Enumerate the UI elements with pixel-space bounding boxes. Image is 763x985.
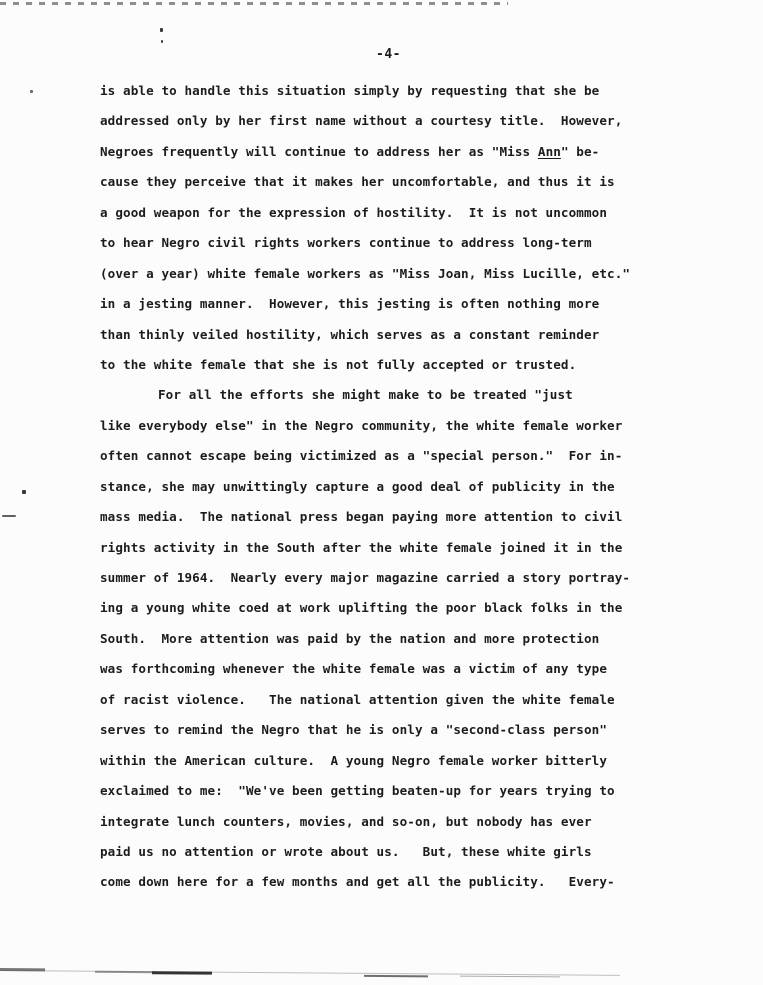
text-line: (over a year) white female workers as "M…	[100, 259, 660, 289]
text-segment: Negroes frequently will continue to addr…	[100, 144, 538, 159]
page-number: -4-	[376, 47, 401, 62]
ink-speck	[161, 40, 163, 43]
text-line: often cannot escape being victimized as …	[100, 441, 660, 471]
ink-speck	[22, 490, 26, 494]
scratch-segment	[0, 968, 45, 971]
text-line: cause they perceive that it makes her un…	[100, 167, 660, 197]
text-line: come down here for a few months and get …	[100, 867, 660, 897]
text-line: a good weapon for the expression of host…	[100, 198, 660, 228]
scratch-segment	[460, 976, 560, 978]
text-line: integrate lunch counters, movies, and so…	[100, 807, 660, 837]
text-line: South. More attention was paid by the na…	[100, 624, 660, 654]
text-line: mass media. The national press began pay…	[100, 502, 660, 532]
text-line: like everybody else" in the Negro commun…	[100, 411, 660, 441]
typed-text-block: is able to handle this situation simply …	[100, 76, 660, 898]
text-line: is able to handle this situation simply …	[100, 76, 660, 106]
scratch-segment	[95, 971, 155, 973]
perforation-dashes	[0, 2, 508, 5]
text-line: For all the efforts she might make to be…	[100, 380, 660, 410]
text-line: within the American culture. A young Neg…	[100, 746, 660, 776]
ink-smudge	[2, 515, 16, 517]
text-line: than thinly veiled hostility, which serv…	[100, 320, 660, 350]
text-line: to hear Negro civil rights workers conti…	[100, 228, 660, 258]
text-segment: " be-	[561, 144, 599, 159]
text-line: Negroes frequently will continue to addr…	[100, 137, 660, 167]
scanned-document-page: -4- is able to handle this situation sim…	[0, 0, 763, 985]
ink-speck	[30, 90, 33, 93]
text-line: was forthcoming whenever the white femal…	[100, 654, 660, 684]
text-line: of racist violence. The national attenti…	[100, 685, 660, 715]
scan-scratch-line	[0, 967, 630, 980]
scratch-segment	[0, 970, 620, 976]
scratch-segment	[364, 975, 428, 978]
text-line: to the white female that she is not full…	[100, 350, 660, 380]
text-line: stance, she may unwittingly capture a go…	[100, 472, 660, 502]
text-line: ing a young white coed at work uplifting…	[100, 593, 660, 623]
text-line: serves to remind the Negro that he is on…	[100, 715, 660, 745]
text-line: addressed only by her first name without…	[100, 106, 660, 136]
underlined-word: Ann	[538, 144, 561, 159]
text-line: summer of 1964. Nearly every major magaz…	[100, 563, 660, 593]
text-line: exclaimed to me: "We've been getting bea…	[100, 776, 660, 806]
scratch-segment	[152, 971, 212, 974]
ink-speck	[160, 28, 163, 32]
text-line: in a jesting manner. However, this jesti…	[100, 289, 660, 319]
text-line: paid us no attention or wrote about us. …	[100, 837, 660, 867]
text-line: rights activity in the South after the w…	[100, 533, 660, 563]
